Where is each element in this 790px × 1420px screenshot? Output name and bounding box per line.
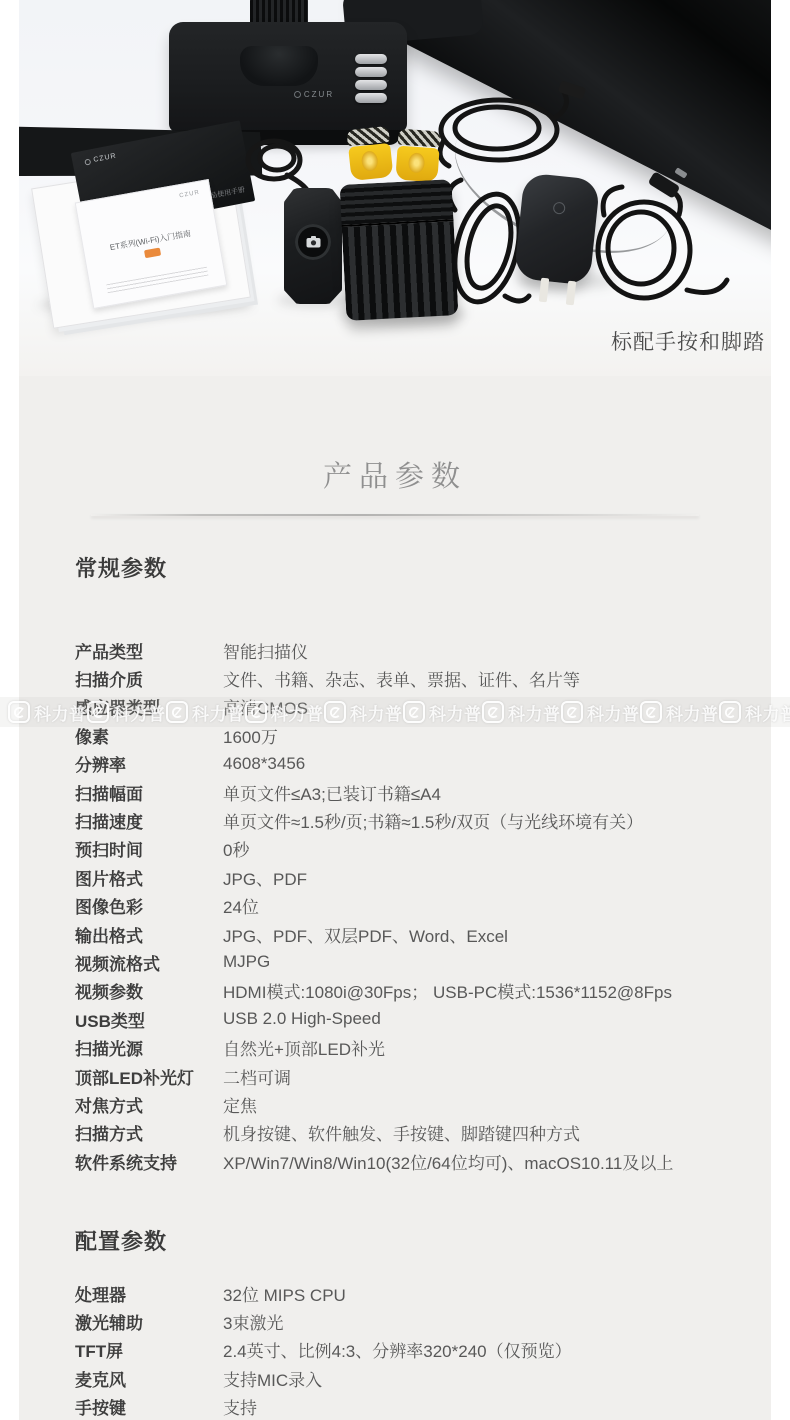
spec-row: 扫描速度单页文件≈1.5秒/页;书籍≈1.5秒/双页（与光线环境有关） <box>75 806 755 834</box>
spec-row: 对焦方式定焦 <box>75 1090 755 1118</box>
spec-value: 24位 <box>223 893 259 918</box>
spec-value: 二档可调 <box>223 1064 291 1089</box>
spec-label: 扫描光源 <box>75 1035 223 1060</box>
power-adapter <box>514 172 601 285</box>
hand-button-ring <box>295 224 331 260</box>
spec-label: 扫描速度 <box>75 808 223 833</box>
title-divider <box>91 514 699 516</box>
spec-value: 单页文件≈1.5秒/页;书籍≈1.5秒/双页（与光线环境有关） <box>223 808 643 833</box>
spec-row: 扫描方式机身按键、软件触发、手按键、脚踏键四种方式 <box>75 1119 755 1147</box>
adapter-logo-icon <box>553 202 566 215</box>
spec-value: JPG、PDF <box>223 865 307 890</box>
spec-row: 视频流格式MJPG <box>75 948 755 976</box>
dc-plug <box>648 171 681 199</box>
spec-row: 激光辅助3束激光 <box>75 1307 755 1335</box>
hand-press-button <box>284 188 342 304</box>
spec-label: 对焦方式 <box>75 1092 223 1117</box>
spec-label: 输出格式 <box>75 922 223 947</box>
spec-label: 分辨率 <box>75 751 223 776</box>
finger-cot-right <box>395 129 441 184</box>
spec-label: 手按键 <box>75 1394 223 1419</box>
spec-label: 扫描幅面 <box>75 780 223 805</box>
spec-value: 支持 <box>223 1394 257 1419</box>
spec-row: 扫描介质文件、书籍、杂志、表单、票据、证件、名片等 <box>75 664 755 692</box>
finger-cot-body <box>395 146 439 183</box>
spec-label: 感应器类型 <box>75 694 223 719</box>
spec-value: HDMI模式:1080i@30Fps； USB-PC模式:1536*1152@8… <box>223 978 672 1003</box>
finger-cot-left <box>346 126 393 182</box>
section-heading-config: 配置参数 <box>75 1225 167 1256</box>
spec-value: 机身按键、软件触发、手按键、脚踏键四种方式 <box>223 1120 580 1145</box>
dc-plug-tip <box>674 167 687 178</box>
foot-pedal-hinge <box>340 179 454 225</box>
spec-value: 自然光+顶部LED补光 <box>223 1035 385 1060</box>
spec-value: 单页文件≤A3;已装订书籍≤A4 <box>223 780 441 805</box>
spec-value: 32位 MIPS CPU <box>223 1281 346 1306</box>
usb-cable-coil <box>440 92 566 166</box>
spec-row: 分辨率4608*3456 <box>75 750 755 778</box>
finger-cot-opening <box>408 152 425 173</box>
spec-label: 扫描介质 <box>75 666 223 691</box>
finger-cot-cap <box>398 129 441 148</box>
section-heading-general: 常规参数 <box>75 552 167 583</box>
spec-value: 文件、书籍、杂志、表单、票据、证件、名片等 <box>223 666 580 691</box>
spec-value: 3束激光 <box>223 1309 283 1334</box>
spec-row: 手按键支持 <box>75 1393 755 1420</box>
spec-row: 产品类型智能扫描仪 <box>75 636 755 664</box>
spec-label: 扫描方式 <box>75 1120 223 1145</box>
spec-label: 视频参数 <box>75 978 223 1003</box>
spec-label: 视频流格式 <box>75 950 223 975</box>
spec-value: 4608*3456 <box>223 754 305 774</box>
spec-value: 2.4英寸、比例4:3、分辨率320*240（仅预览） <box>223 1337 572 1362</box>
foot-pedal <box>340 179 459 321</box>
spec-label: 图片格式 <box>75 865 223 890</box>
spec-row: 扫描幅面单页文件≤A3;已装订书籍≤A4 <box>75 778 755 806</box>
spec-row: 处理器32位 MIPS CPU <box>75 1279 755 1307</box>
spec-row: 预扫时间0秒 <box>75 835 755 863</box>
spec-value: XP/Win7/Win8/Win10(32位/64位均可)、macOS10.11… <box>223 1149 673 1174</box>
power-cord-right-coil <box>598 187 727 298</box>
spec-row: 输出格式JPG、PDF、双层PDF、Word、Excel <box>75 920 755 948</box>
product-photo: CZUR CZUR ET系列产品使用手册 CZUR ET系列(Wi-Fi)入门指… <box>19 0 771 376</box>
spec-label: 麦克风 <box>75 1366 223 1391</box>
spec-row: 软件系统支持XP/Win7/Win8/Win10(32位/64位均可)、macO… <box>75 1147 755 1175</box>
spec-row: 视频参数HDMI模式:1080i@30Fps； USB-PC模式:1536*11… <box>75 977 755 1005</box>
product-detail-page: CZUR CZUR ET系列产品使用手册 CZUR ET系列(Wi-Fi)入门指… <box>0 0 790 1420</box>
spec-value: 智能扫描仪 <box>223 638 308 663</box>
spec-value: 1600万 <box>223 723 278 748</box>
usb-connector <box>558 80 586 99</box>
spec-label: USB类型 <box>75 1007 223 1032</box>
spec-label: TFT屏 <box>75 1337 223 1362</box>
spec-row: USB类型USB 2.0 High-Speed <box>75 1005 755 1033</box>
spec-value: USB 2.0 High-Speed <box>223 1009 381 1029</box>
spec-row: 图片格式JPG、PDF <box>75 863 755 891</box>
spec-value: 0秒 <box>223 836 249 861</box>
spec-label: 产品类型 <box>75 638 223 663</box>
spec-label: 处理器 <box>75 1281 223 1306</box>
spec-row: 像素1600万 <box>75 721 755 749</box>
spec-label: 激光辅助 <box>75 1309 223 1334</box>
spec-label: 像素 <box>75 723 223 748</box>
spec-row: 图像色彩24位 <box>75 892 755 920</box>
photo-caption: 标配手按和脚踏 <box>611 326 765 356</box>
finger-cot-opening <box>361 150 379 172</box>
spec-value: JPG、PDF、双层PDF、Word、Excel <box>223 922 508 947</box>
spec-row: 麦克风支持MIC录入 <box>75 1364 755 1392</box>
camera-icon <box>306 236 321 248</box>
spec-value: MJPG <box>223 952 270 972</box>
parameters-section: 产品参数 常规参数 产品类型智能扫描仪 扫描介质文件、书籍、杂志、表单、票据、证… <box>19 376 771 1420</box>
config-spec-table: 处理器32位 MIPS CPU 激光辅助3束激光 TFT屏2.4英寸、比例4:3… <box>75 1279 755 1420</box>
spec-value: 支持MIC录入 <box>223 1366 322 1391</box>
spec-value: 高清CMOS <box>223 694 308 719</box>
spec-label: 图像色彩 <box>75 893 223 918</box>
page-title: 产品参数 <box>19 454 771 495</box>
spec-row: TFT屏2.4英寸、比例4:3、分辨率320*240（仅预览） <box>75 1336 755 1364</box>
spec-row: 扫描光源自然光+顶部LED补光 <box>75 1033 755 1061</box>
spec-value: 定焦 <box>223 1092 257 1117</box>
general-spec-table: 产品类型智能扫描仪 扫描介质文件、书籍、杂志、表单、票据、证件、名片等 感应器类… <box>75 636 755 1175</box>
foot-pedal-plate <box>342 219 459 321</box>
spec-label: 顶部LED补光灯 <box>75 1064 223 1089</box>
finger-cot-body <box>348 143 393 181</box>
spec-row: 感应器类型高清CMOS <box>75 693 755 721</box>
spec-label: 软件系统支持 <box>75 1149 223 1174</box>
spec-label: 预扫时间 <box>75 836 223 861</box>
spec-row: 顶部LED补光灯二档可调 <box>75 1062 755 1090</box>
